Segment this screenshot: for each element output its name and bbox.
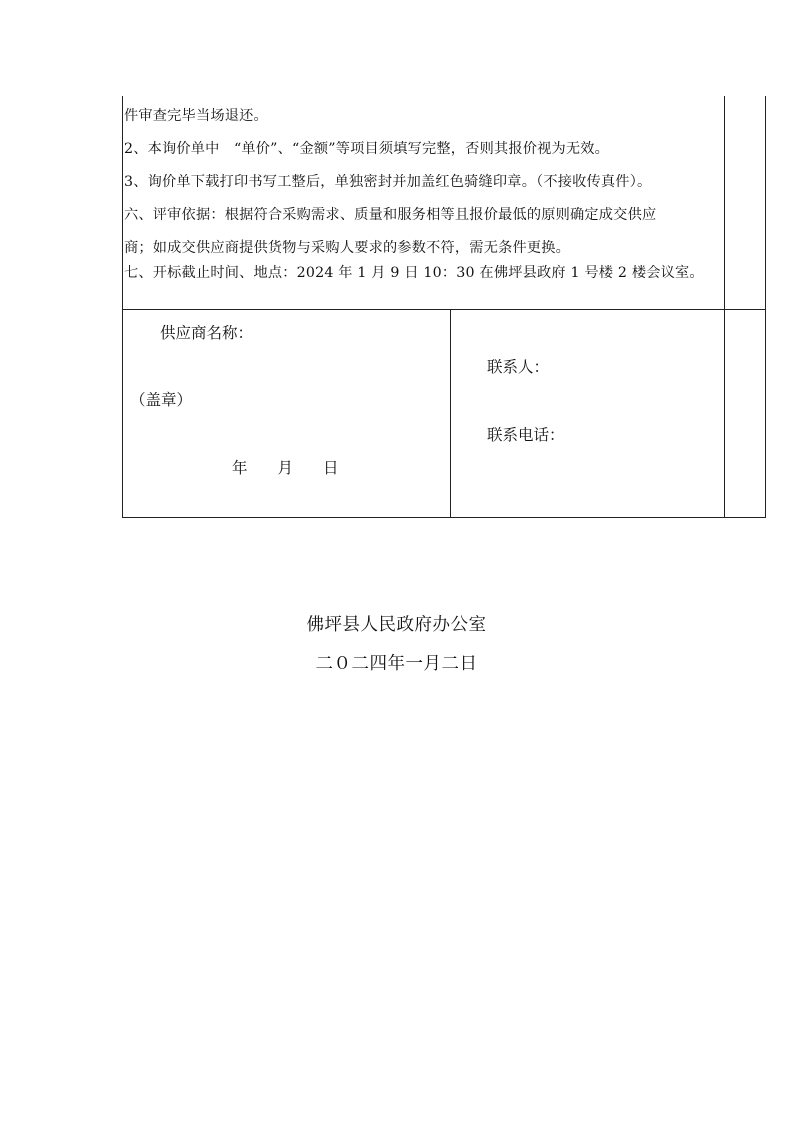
seal-label: （盖章） xyxy=(130,390,192,410)
table-inner-right-border xyxy=(724,96,725,518)
table-row-divider xyxy=(122,309,766,310)
contact-person-label: 联系人： xyxy=(487,357,549,377)
table-column-divider xyxy=(450,309,451,518)
date-month-label: 月 xyxy=(278,459,294,477)
notice-line-5: 商；如成交供应商提供货物与采购人要求的参数不符，需无条件更换。 xyxy=(124,238,570,258)
contact-phone-label: 联系电话： xyxy=(487,425,565,445)
table-outer-right-border xyxy=(765,96,766,518)
notice-line-1: 件审查完毕当场退还。 xyxy=(124,106,268,126)
date-day-label: 日 xyxy=(323,459,339,477)
notice-line-2: 2、本询价单中 “单价”、“金额”等项目须填写完整，否则其报价视为无效。 xyxy=(124,139,609,159)
notice-line-3: 3、询价单下载打印书写工整后，单独密封并加盖红色骑缝印章。（不接收传真件）。 xyxy=(124,172,651,192)
supplier-name-label: 供应商名称： xyxy=(160,323,253,343)
date-fields: 年月日 xyxy=(232,458,339,478)
date-year-label: 年 xyxy=(232,459,248,477)
notice-line-6: 七、开标截止时间、地点：2024 年 1 月 9 日 10：30 在佛坪县政府 … xyxy=(124,263,704,283)
table-bottom-border xyxy=(122,517,766,518)
notice-line-4: 六、评审依据：根据符合采购需求、质量和服务相等且报价最低的原则确定成交供应 xyxy=(124,205,656,225)
issuer-name: 佛坪县人民政府办公室 xyxy=(0,613,793,637)
issue-date: 二０二四年一月二日 xyxy=(0,652,793,676)
table-left-border xyxy=(122,96,123,518)
